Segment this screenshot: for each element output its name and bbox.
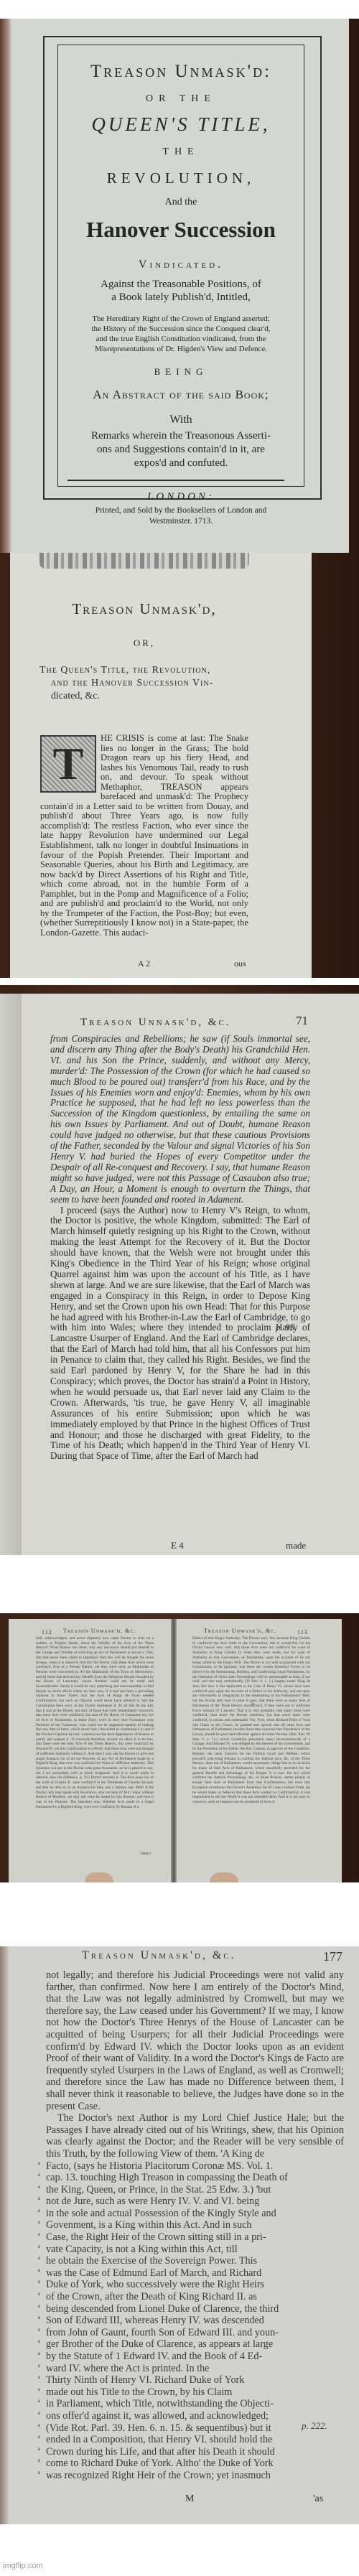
headpiece-ornament (39, 553, 249, 569)
page-71-photo: Treason Unnask'd, &c. 71 from Conspiraci… (0, 985, 359, 1555)
quoted-line: he obtain the Exercise of the Sovereign … (46, 2255, 344, 2267)
quoted-line: Crown during his Life, and that after hi… (46, 2446, 344, 2458)
body-paragraph-2: I proceed (says the Author) now to Henry… (50, 1205, 310, 1462)
quoted-line: Facto, (says he Historia Placitorum Coro… (46, 2160, 344, 2173)
body-text: from Conspiracies and Rebellions; he saw… (50, 1034, 310, 1462)
signature-mark: E 4 (171, 1540, 184, 1551)
title-or-the: OR THE (57, 93, 304, 105)
right-page-text: Defect of that King's Authority: The Doc… (192, 1636, 310, 1849)
quoted-line: ward IV. where the Act is printed. In th… (46, 2363, 344, 2375)
quoted-line: in the sole and actual Possession of the… (46, 2208, 344, 2220)
subtitle-line-1: The Queen's Title, the Revolution, (39, 665, 249, 676)
imprint-divider (67, 480, 284, 481)
quoted-line: of the Crown, after the Death of King Ri… (46, 2291, 344, 2303)
quoted-line: by the Statute of 1 Edward IV. and the B… (46, 2351, 344, 2363)
against-line-2: a Book lately Publish'd, Intitled, (57, 291, 304, 304)
catchword: 'as (313, 2493, 323, 2505)
quoted-line: come to Richard Duke of York. Altho' the… (46, 2458, 344, 2470)
page-header-or: OR, (39, 638, 249, 649)
title-page-photo: Treason Unmask'd: OR THE QUEEN'S TITLE, … (0, 19, 359, 553)
page-number: 71 (296, 1014, 308, 1028)
quoted-line: the King, Queen, or Prince, in the Stat.… (46, 2184, 344, 2196)
title-revolution: REVOLUTION, (57, 169, 304, 187)
book-title-line-1: The Hereditary Right of the Crown of Eng… (57, 314, 304, 323)
body-text: T HE CRISIS is come at last: The Snake l… (40, 734, 248, 938)
book-title-line-3: and the true English Constitution vindic… (57, 335, 304, 343)
quoted-line: (Vide Rot. Parl. 39. Hen. 6. n. 15. & se… (46, 2422, 344, 2435)
running-header: Treason Unnask'd, &c. (80, 1017, 310, 1029)
quoted-line: Thirty Ninth of Henry VI. Richard Duke o… (46, 2374, 344, 2386)
remarks-line-2: ons and Suggestions contain'd in it, are (57, 444, 304, 456)
against-line-1: Against the Treasonable Positions, of (57, 279, 304, 291)
quoted-line: ger Brother of the Duke of Clarence, as … (46, 2338, 344, 2351)
being-label: BEING (57, 366, 304, 378)
page-number: 177 (323, 1949, 342, 1964)
left-page-text: fully acknowledged, and never disputed; … (36, 1636, 154, 1852)
quoted-line: ended in a Composition, that Henry VI. s… (46, 2434, 344, 2446)
quoted-line: being descended from Lionel Duke of Clar… (46, 2303, 344, 2315)
facing-page-edge (0, 994, 22, 1555)
title-hanover-succession: Hanover Succession (57, 217, 304, 243)
margin-note: p. 222. (302, 2420, 327, 2432)
abstract-line: An Abstract of the said Book; (57, 388, 304, 402)
catchword: made (286, 1540, 306, 1551)
quoted-line: in Parliament, which Title, notwithstand… (46, 2398, 344, 2410)
quoted-line: Govenment, is a King within this Act. An… (46, 2219, 344, 2231)
right-thumb (210, 1872, 238, 1882)
right-signature: H (251, 1702, 266, 1708)
quoted-line: from John of Gaunt, fourth Son of Edward… (46, 2327, 344, 2339)
book-title-line-2: the History of the Succession since the … (57, 325, 304, 333)
remarks-line-1: Remarks wherein the Treasonous Asserti- (57, 430, 304, 442)
body-text: not legally; and therefore his Judicial … (46, 1969, 344, 2482)
page-177-photo: Treason Unmask'd, &c. 177 not legally; a… (0, 1946, 359, 2524)
first-text-page-photo: Treason Unmask'd, OR, The Queen's Title,… (0, 553, 359, 978)
subtitle-line-3: dicated, &c. (39, 691, 249, 702)
signature-mark: A 2 (138, 958, 150, 969)
left-catchword: Defect (141, 1852, 169, 1857)
catchword: ous (234, 958, 246, 969)
left-running-header: Treason Unmask'd, &c. (63, 1628, 136, 1634)
book-title-line-4: Misrepresentations of Dr. Higden's View … (57, 345, 304, 353)
watermark-text: imgflip.com (3, 2562, 43, 2570)
quoted-line: was recognized Right Heir of the Crown; … (46, 2470, 344, 2482)
title-main: Treason Unmask'd: (57, 62, 304, 82)
quoted-line: ons offer'd against it, was allowed, and… (46, 2410, 344, 2422)
right-page-number: 113 (297, 1629, 308, 1635)
body-paragraph-2: The Doctor's next Author is my Lord Chie… (46, 2112, 344, 2160)
quoted-line: Son of Edward III, whereas Henry IV. was… (46, 2315, 344, 2327)
with-label: With (57, 414, 304, 426)
quoted-line: Duke of York, who successively were the … (46, 2279, 344, 2291)
quoted-line: not de Jure, such as were Henry IV. V. a… (46, 2195, 344, 2208)
remarks-line-3: expos'd and confuted. (57, 457, 304, 470)
quoted-line: vate Capacity, is not a King within this… (46, 2244, 344, 2256)
quoted-line: was the Case of Edmund Earl of March, an… (46, 2267, 344, 2279)
title-the: THE (57, 146, 304, 158)
binding-edge (0, 1946, 9, 2524)
quoted-line: Case, the Right Heir of the Crown sittin… (46, 2231, 344, 2244)
imprint-line-1: Printed, and Sold by the Booksellers of … (57, 506, 304, 515)
subtitle-line-2: and the Hanover Succession Vin- (39, 678, 249, 689)
drop-cap-ornament: T (40, 735, 96, 793)
left-thumb (85, 1872, 113, 1882)
right-running-header: Treason Unmask'd, &c. (204, 1628, 276, 1634)
open-book-spread-photo: 112 Treason Unmask'd, &c. fully acknowle… (0, 1613, 359, 1882)
margin-note: p. 95. (276, 1322, 297, 1333)
title-queens-title: QUEEN'S TITLE, (57, 113, 304, 136)
title-and-the: And the (57, 197, 304, 208)
signature-mark: M (185, 2493, 194, 2505)
binding-edge (0, 19, 11, 553)
running-header: Treason Unmask'd, &c. (82, 1949, 304, 1962)
imprint-line-2: Westminster. 1713. (57, 517, 304, 526)
quoted-line: cap. 13. touching High Treason in compas… (46, 2172, 344, 2184)
title-vindicated: Vindicated. (57, 258, 304, 271)
body-paragraph-1: not legally; and therefore his Judicial … (46, 1969, 344, 2112)
body-paragraph-1: from Conspiracies and Rebellions; he saw… (50, 1034, 310, 1205)
imprint-london: LONDON: (57, 491, 304, 503)
book-gutter (171, 1619, 177, 1882)
quoted-line: made out his Title to the Crown, by his … (46, 2386, 344, 2399)
left-page-number: 112 (42, 1629, 52, 1635)
page-header-title: Treason Unmask'd, (39, 600, 249, 618)
